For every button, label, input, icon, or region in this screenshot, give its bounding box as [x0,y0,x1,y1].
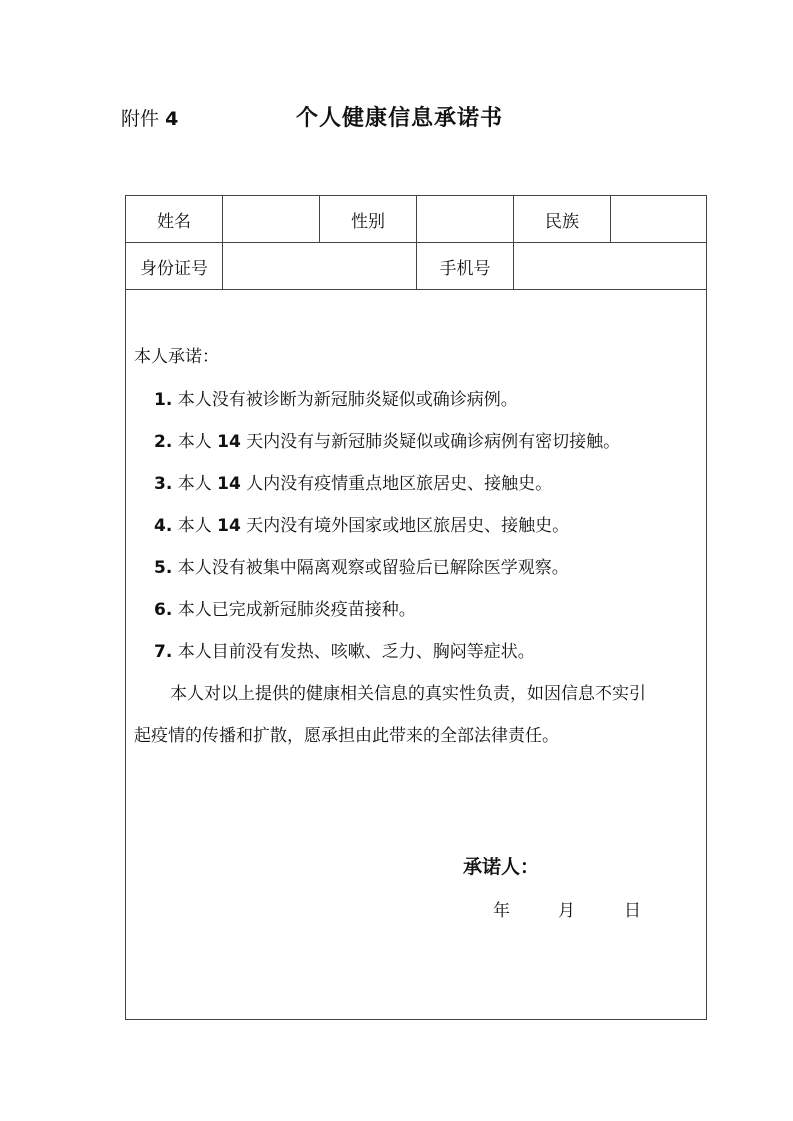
health-pledge-form: 姓名 性别 民族 身份证号 手机号 本人承诺： 1. 本人没有被诊断为新冠肺炎疑… [125,195,707,1020]
item-number: 1. [154,390,172,410]
gender-label: 性别 [320,196,417,242]
pledge-lead: 本人承诺： [134,342,219,367]
date-year: 年 [493,896,510,921]
name-label: 姓名 [126,196,223,242]
pledge-item: 1. 本人没有被诊断为新冠肺炎疑似或确诊病例。 [154,385,518,410]
item-number: 3. [154,474,172,494]
item-text: 天内没有与新冠肺炎疑似或确诊病例有密切接触。 [241,432,620,452]
item-number: 5. [154,558,172,578]
pledge-item: 2. 本人 14 天内没有与新冠肺炎疑似或确诊病例有密切接触。 [154,427,620,452]
pledge-item: 3. 本人 14 人内没有疫情重点地区旅居史、接触史。 [154,469,552,494]
statement-line-2: 起疫情的传播和扩散，愿承担由此带来的全部法律责任。 [134,721,559,746]
ethnicity-label: 民族 [514,196,611,242]
page-title: 个人健康信息承诺书 [296,101,503,132]
item-number: 7. [154,642,172,662]
gender-field[interactable] [417,196,514,242]
item-number: 6. [154,600,172,620]
id-number-label: 身份证号 [126,243,223,289]
item-text: 本人目前没有发热、咳嗽、乏力、胸闷等症状。 [172,642,534,662]
pledge-item: 7. 本人目前没有发热、咳嗽、乏力、胸闷等症状。 [154,637,535,662]
statement-line-1: 本人对以上提供的健康相关信息的真实性负责，如因信息不实引 [170,679,646,704]
item-days: 14 [217,474,241,494]
item-text: 本人 [172,516,217,536]
item-text: 本人已完成新冠肺炎疫苗接种。 [172,600,415,620]
item-text: 本人没有被集中隔离观察或留验后已解除医学观察。 [172,558,568,578]
item-text: 本人没有被诊断为新冠肺炎疑似或确诊病例。 [172,390,517,410]
phone-label: 手机号 [417,243,514,289]
form-row-1: 姓名 性别 民族 [126,196,706,243]
ethnicity-field[interactable] [611,196,708,242]
item-text: 人内没有疫情重点地区旅居史、接触史。 [241,474,552,494]
attachment-text: 附件 [121,108,159,130]
pledge-item: 5. 本人没有被集中隔离观察或留验后已解除医学观察。 [154,553,569,578]
item-days: 14 [217,516,241,536]
item-text: 本人 [172,432,217,452]
attachment-number: 4 [165,108,178,130]
pledge-item: 4. 本人 14 天内没有境外国家或地区旅居史、接触史。 [154,511,569,536]
pledge-item: 6. 本人已完成新冠肺炎疫苗接种。 [154,595,416,620]
item-text: 本人 [172,474,217,494]
date-month: 月 [558,896,575,921]
phone-field[interactable] [514,243,708,289]
item-number: 4. [154,516,172,536]
id-number-field[interactable] [223,243,417,289]
pledger-signature-label: 承诺人： [463,852,539,879]
date-day: 日 [624,896,641,921]
item-text: 天内没有境外国家或地区旅居史、接触史。 [241,516,569,536]
item-days: 14 [217,432,241,452]
attachment-label: 附件 4 [121,104,178,131]
form-row-2: 身份证号 手机号 [126,243,706,290]
item-number: 2. [154,432,172,452]
name-field[interactable] [223,196,320,242]
